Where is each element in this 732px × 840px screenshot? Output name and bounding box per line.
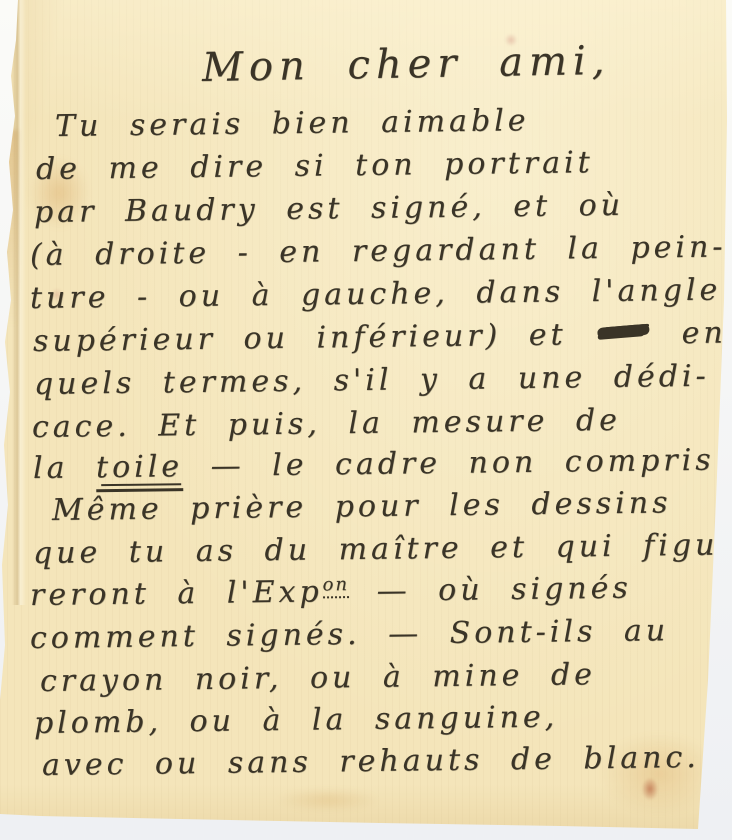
letter-line: comment signés. — Sont-ils au: [30, 614, 670, 656]
letter-line: cace. Et puis, la mesure de: [32, 404, 621, 446]
letter-line: ture - ou à gauche, dans l'angle: [30, 274, 722, 317]
letter-line: par Baudry est signé, et où: [34, 189, 624, 231]
letter-text: Mon cher ami, Tu serais bien aimable de …: [0, 0, 732, 840]
superscript-abbreviation: on: [322, 574, 349, 598]
letter-line: Même prière pour les dessins: [52, 486, 672, 528]
letter-line: avec ou sans rehauts de blanc.: [42, 741, 700, 784]
crossed-out-word: [597, 324, 650, 339]
salutation: Mon cher ami,: [202, 38, 611, 91]
letter-line: crayon noir, ou à mine de: [40, 658, 596, 699]
letter-paper: Mon cher ami, Tu serais bien aimable de …: [0, 0, 732, 840]
line-text: supérieur ou inférieur) et: [33, 317, 567, 359]
line-text: reront à l'Exp: [30, 574, 323, 613]
letter-line: la toile — le cadre non compris: [33, 444, 715, 487]
letter-line: reront à l'Expon — où signés: [30, 572, 632, 614]
letter-line: (à droite - en regardant la pein-: [30, 230, 727, 273]
underlined-word: toile: [96, 449, 184, 492]
letter-line: quels termes, s'il y a une dédi-: [34, 360, 710, 403]
line-text: la: [33, 451, 69, 486]
line-text: — le cadre non compris: [210, 443, 714, 484]
line-text: en: [681, 316, 727, 352]
letter-line: de me dire si ton portrait: [36, 146, 594, 187]
letter-line: Tu serais bien aimable: [55, 104, 530, 144]
letter-line: plomb, ou à la sanguine,: [34, 701, 559, 742]
letter-line: supérieur ou inférieur) et en: [33, 317, 727, 360]
letter-line: que tu as du maître et qui figu-: [33, 528, 732, 571]
scanned-letter: Mon cher ami, Tu serais bien aimable de …: [0, 0, 732, 840]
line-text: — où signés: [376, 571, 632, 609]
